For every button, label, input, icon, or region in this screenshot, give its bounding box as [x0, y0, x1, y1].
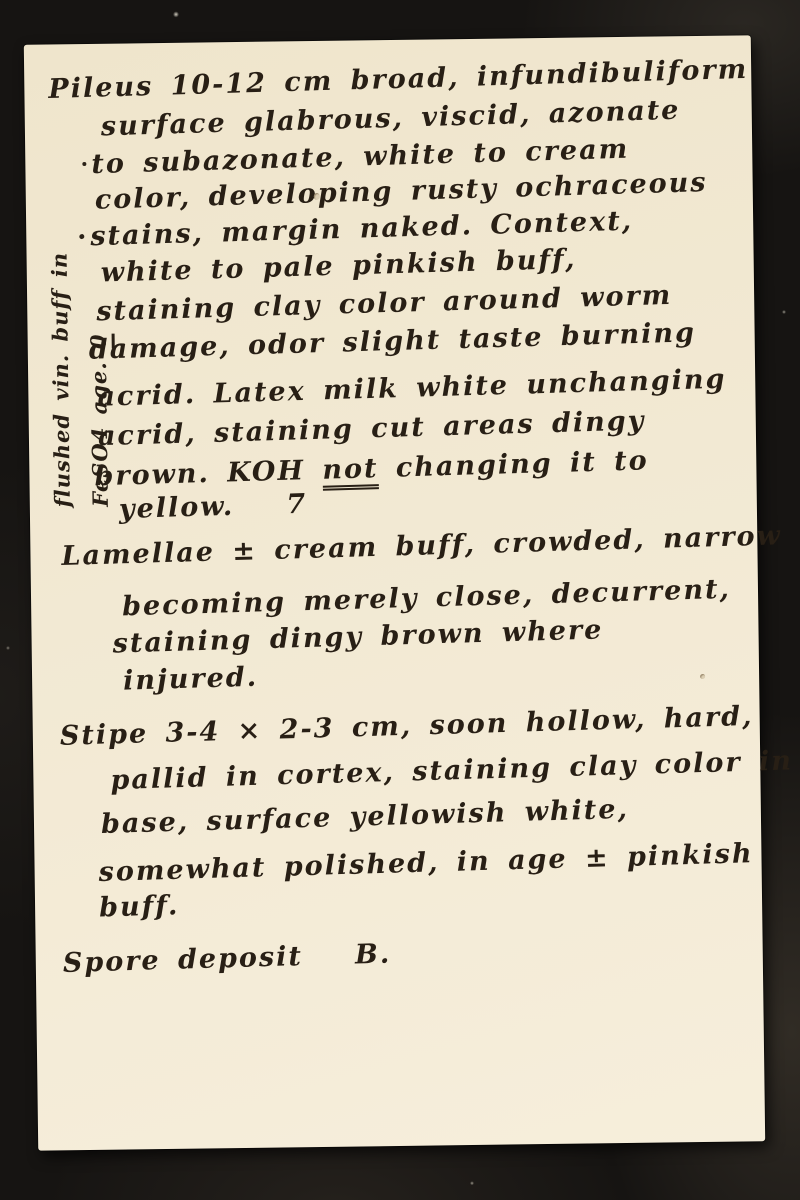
lamellae-line-2: becoming merely close, decurrent,: [122, 573, 732, 625]
koh-not-underlined: not: [322, 453, 379, 491]
spore-deposit-line: Spore deposit B.: [62, 938, 391, 981]
paper-pit: [314, 193, 320, 200]
koh-prefix: brown. KOH: [94, 455, 323, 493]
stipe-line-2: pallid in cortex, staining clay color in: [110, 744, 793, 798]
stipe-line-1: Stipe 3-4 × 2-3 cm, soon hollow, hard,: [59, 700, 753, 754]
note-card: flushed vin. buff in FeSO4 age. 0 Pileus…: [24, 35, 765, 1150]
pileus-line-12: yellow. 7: [118, 488, 307, 527]
stipe-line-3: base, surface yellowish white,: [101, 793, 630, 842]
koh-suffix: changing it to: [378, 445, 649, 484]
stipe-line-5: buff.: [99, 889, 180, 925]
stipe-line-4: somewhat polished, in age ± pinkish: [98, 837, 754, 890]
ink-dot: [79, 234, 84, 239]
margin-note-line-1: flushed vin. buff in: [39, 135, 82, 507]
lamellae-line-4: injured.: [123, 661, 259, 699]
photo-background: flushed vin. buff in FeSO4 age. 0 Pileus…: [0, 0, 800, 1200]
lamellae-line-1: Lamellae ± cream buff, crowded, narrow: [61, 519, 782, 574]
ink-dot: [82, 162, 86, 166]
paper-pit: [700, 674, 705, 679]
